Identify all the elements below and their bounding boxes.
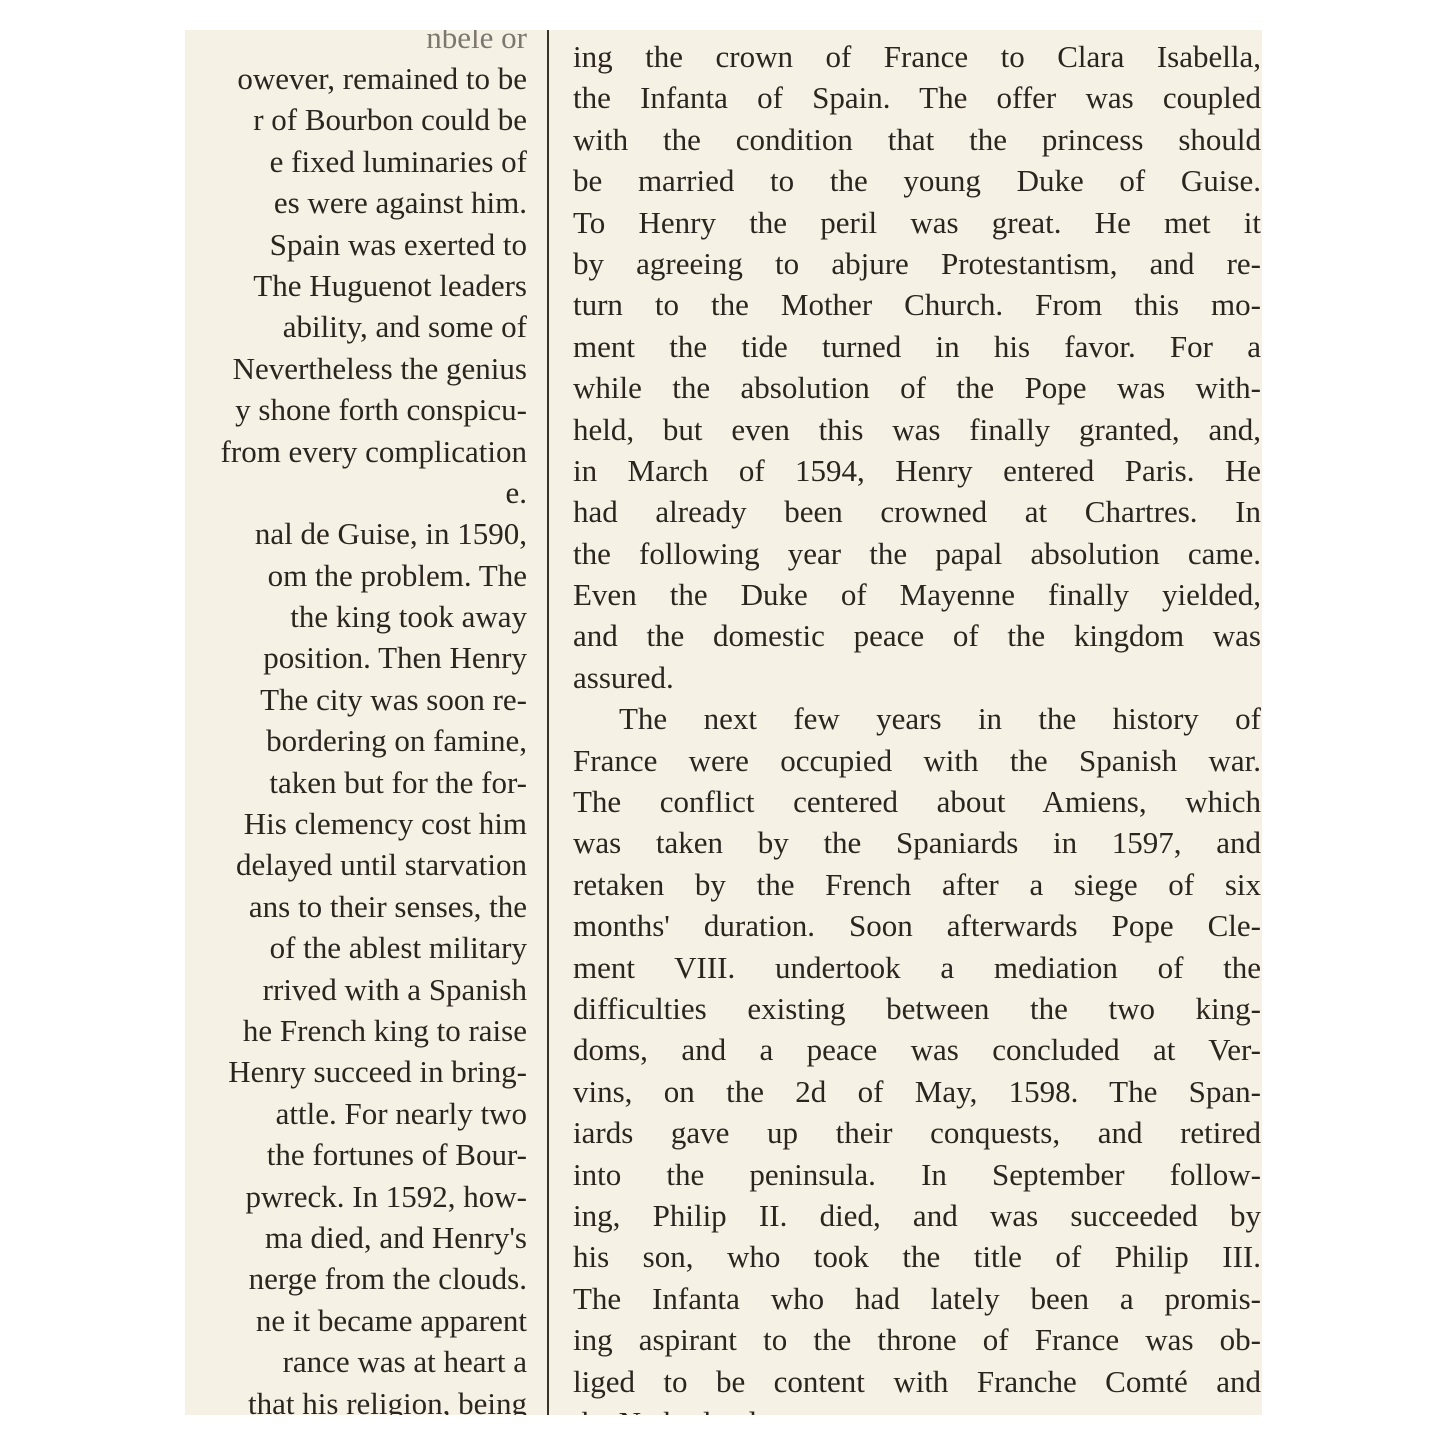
right-column-line: vins, on the 2d of May, 1598. The Span- bbox=[573, 1071, 1261, 1112]
right-column-line: The Infanta who had lately been a promis… bbox=[573, 1278, 1261, 1319]
right-column-line: ment the tide turned in his favor. For a bbox=[573, 326, 1261, 367]
right-column-line: assured. bbox=[573, 657, 1261, 698]
left-column-line: Henry succeed in bring- bbox=[185, 1051, 527, 1092]
left-column-line: taken but for the for- bbox=[185, 762, 527, 803]
left-column-line: pwreck. In 1592, how- bbox=[185, 1176, 527, 1217]
left-column-line: bordering on famine, bbox=[185, 720, 527, 761]
right-column-line: France were occupied with the Spanish wa… bbox=[573, 740, 1261, 781]
right-column-line: in March of 1594, Henry entered Paris. H… bbox=[573, 450, 1261, 491]
left-column-line: rrived with a Spanish bbox=[185, 969, 527, 1010]
left-column-line: e fixed luminaries of bbox=[185, 141, 527, 182]
left-column-line: y shone forth conspicu- bbox=[185, 389, 527, 430]
right-column-line: The next few years in the history of bbox=[573, 698, 1261, 739]
left-column-line: of the ablest military bbox=[185, 927, 527, 968]
left-column-line: nerge from the clouds. bbox=[185, 1258, 527, 1299]
left-column-line: he French king to raise bbox=[185, 1010, 527, 1051]
right-column-line: Even the Duke of Mayenne finally yielded… bbox=[573, 574, 1261, 615]
right-column-line: months' duration. Soon afterwards Pope C… bbox=[573, 905, 1261, 946]
left-column-line: attle. For nearly two bbox=[185, 1093, 527, 1134]
left-column-line: ans to their senses, the bbox=[185, 886, 527, 927]
right-column-line: ing, Philip II. died, and was succeeded … bbox=[573, 1195, 1261, 1236]
left-column-line: Spain was exerted to bbox=[185, 224, 527, 265]
right-column-line: turn to the Mother Church. From this mo- bbox=[573, 284, 1261, 325]
right-column-line: his son, who took the title of Philip II… bbox=[573, 1236, 1261, 1277]
left-column-line: that his religion, being bbox=[185, 1383, 527, 1416]
left-column-line: ma died, and Henry's bbox=[185, 1217, 527, 1258]
column-divider bbox=[547, 30, 549, 1415]
right-column-line: To Henry the peril was great. He met it bbox=[573, 202, 1261, 243]
left-column-line: His clemency cost him bbox=[185, 803, 527, 844]
right-column-line: ing aspirant to the throne of France was… bbox=[573, 1319, 1261, 1360]
left-column: nbele orowever, remained to ber of Bourb… bbox=[185, 30, 527, 1415]
left-column-line: es were against him. bbox=[185, 182, 527, 223]
right-column-line: while the absolution of the Pope was wit… bbox=[573, 367, 1261, 408]
left-column-line: The Huguenot leaders bbox=[185, 265, 527, 306]
right-column-line: doms, and a peace was concluded at Ver- bbox=[573, 1029, 1261, 1070]
left-column-line: e. bbox=[185, 472, 527, 513]
right-column-line: the following year the papal absolution … bbox=[573, 533, 1261, 574]
left-column-line: from every complication bbox=[185, 431, 527, 472]
right-column-line: had already been crowned at Chartres. In bbox=[573, 491, 1261, 532]
left-column-line: ability, and some of bbox=[185, 306, 527, 347]
right-column-line: and the domestic peace of the kingdom wa… bbox=[573, 615, 1261, 656]
left-column-line: nbele or bbox=[185, 30, 527, 58]
left-column-line: r of Bourbon could be bbox=[185, 99, 527, 140]
left-column-line: the fortunes of Bour- bbox=[185, 1134, 527, 1175]
right-column-line: be married to the young Duke of Guise. bbox=[573, 160, 1261, 201]
left-column-line: ne it became apparent bbox=[185, 1300, 527, 1341]
right-column-line: with the condition that the princess sho… bbox=[573, 119, 1261, 160]
right-column-line: held, but even this was finally granted,… bbox=[573, 409, 1261, 450]
right-column-line: retaken by the French after a siege of s… bbox=[573, 864, 1261, 905]
right-column: ing the crown of France to Clara Isabell… bbox=[573, 30, 1261, 1415]
right-column-line: The conflict centered about Amiens, whic… bbox=[573, 781, 1261, 822]
left-column-line: position. Then Henry bbox=[185, 637, 527, 678]
left-column-line: om the problem. The bbox=[185, 555, 527, 596]
right-column-line: the Netherlands. bbox=[573, 1402, 1261, 1415]
left-column-line: the king took away bbox=[185, 596, 527, 637]
right-column-line: liged to be content with Franche Comté a… bbox=[573, 1361, 1261, 1402]
scanned-page: nbele orowever, remained to ber of Bourb… bbox=[185, 30, 1262, 1415]
left-column-line: nal de Guise, in 1590, bbox=[185, 513, 527, 554]
right-column-line: by agreeing to abjure Protestantism, and… bbox=[573, 243, 1261, 284]
left-column-line: Nevertheless the genius bbox=[185, 348, 527, 389]
right-column-line: ment VIII. undertook a mediation of the bbox=[573, 947, 1261, 988]
right-column-line: ing the crown of France to Clara Isabell… bbox=[573, 36, 1261, 77]
right-column-line: the Infanta of Spain. The offer was coup… bbox=[573, 77, 1261, 118]
right-column-line: difficulties existing between the two ki… bbox=[573, 988, 1261, 1029]
left-column-line: The city was soon re- bbox=[185, 679, 527, 720]
left-column-line: rance was at heart a bbox=[185, 1341, 527, 1382]
right-column-line: into the peninsula. In September follow- bbox=[573, 1154, 1261, 1195]
right-column-line: was taken by the Spaniards in 1597, and bbox=[573, 822, 1261, 863]
left-column-line: owever, remained to be bbox=[185, 58, 527, 99]
left-column-line: delayed until starvation bbox=[185, 844, 527, 885]
right-column-line: iards gave up their conquests, and retir… bbox=[573, 1112, 1261, 1153]
